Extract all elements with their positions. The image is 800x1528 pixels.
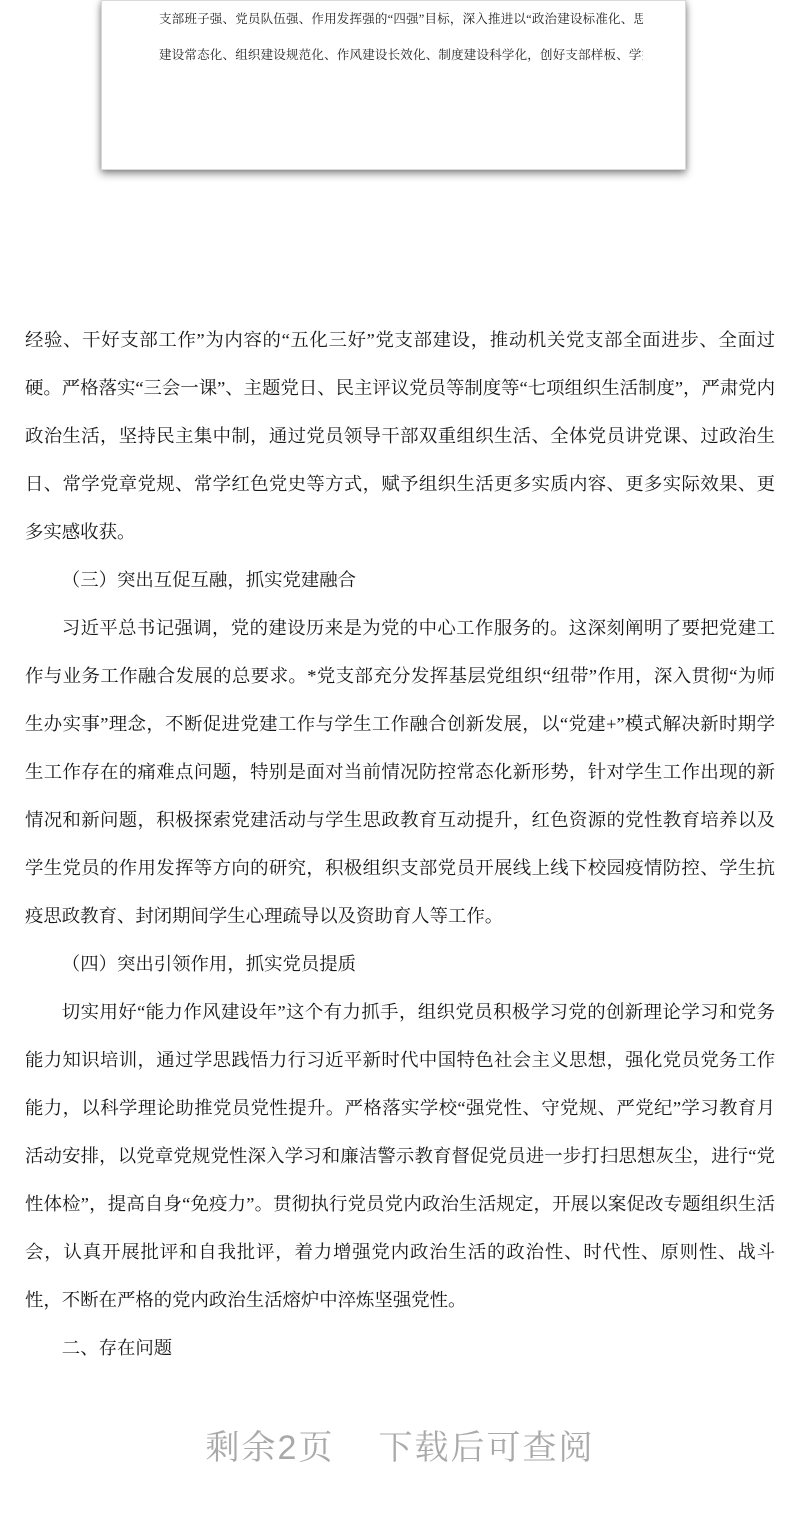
section-heading-4: （四）突出引领作用，抓实党员提质	[25, 940, 775, 988]
section-4-paragraph: 切实用好“能力作风建设年”这个有力抓手，组织党员积极学习党的创新理论学习和党务能…	[25, 988, 775, 1324]
download-to-view-hint: 下载后可查阅	[378, 1420, 594, 1469]
document-page-body: 经验、干好支部工作”为内容的“五化三好”党支部建设，推动机关党支部全面进步、全面…	[25, 316, 775, 1372]
continuation-paragraph: 经验、干好支部工作”为内容的“五化三好”党支部建设，推动机关党支部全面进步、全面…	[25, 316, 775, 556]
remaining-pages-notice: 剩余2页 下载后可查阅	[0, 1420, 800, 1469]
previous-page-preview-card: 支部班子强、党员队伍强、作用发挥强的“四强”目标，深入推进以“政治建设标准化、思…	[101, 0, 686, 170]
section-3-paragraph: 习近平总书记强调，党的建设历来是为党的中心工作服务的。这深刻阐明了要把党建工作与…	[25, 604, 775, 940]
previous-page-text-block: 支部班子强、党员队伍强、作用发挥强的“四强”目标，深入推进以“政治建设标准化、思…	[102, 1, 685, 73]
part-2-heading: 二、存在问题	[25, 1324, 775, 1372]
previous-page-line: 建设常态化、组织建设规范化、作风建设长效化、制度建设科学化，创好支部样板、学好支…	[159, 37, 643, 73]
previous-page-line: 支部班子强、党员队伍强、作用发挥强的“四强”目标，深入推进以“政治建设标准化、思…	[159, 1, 643, 37]
section-heading-3: （三）突出互促互融，抓实党建融合	[25, 556, 775, 604]
remaining-pages-count-label: 剩余2页	[206, 1420, 335, 1469]
